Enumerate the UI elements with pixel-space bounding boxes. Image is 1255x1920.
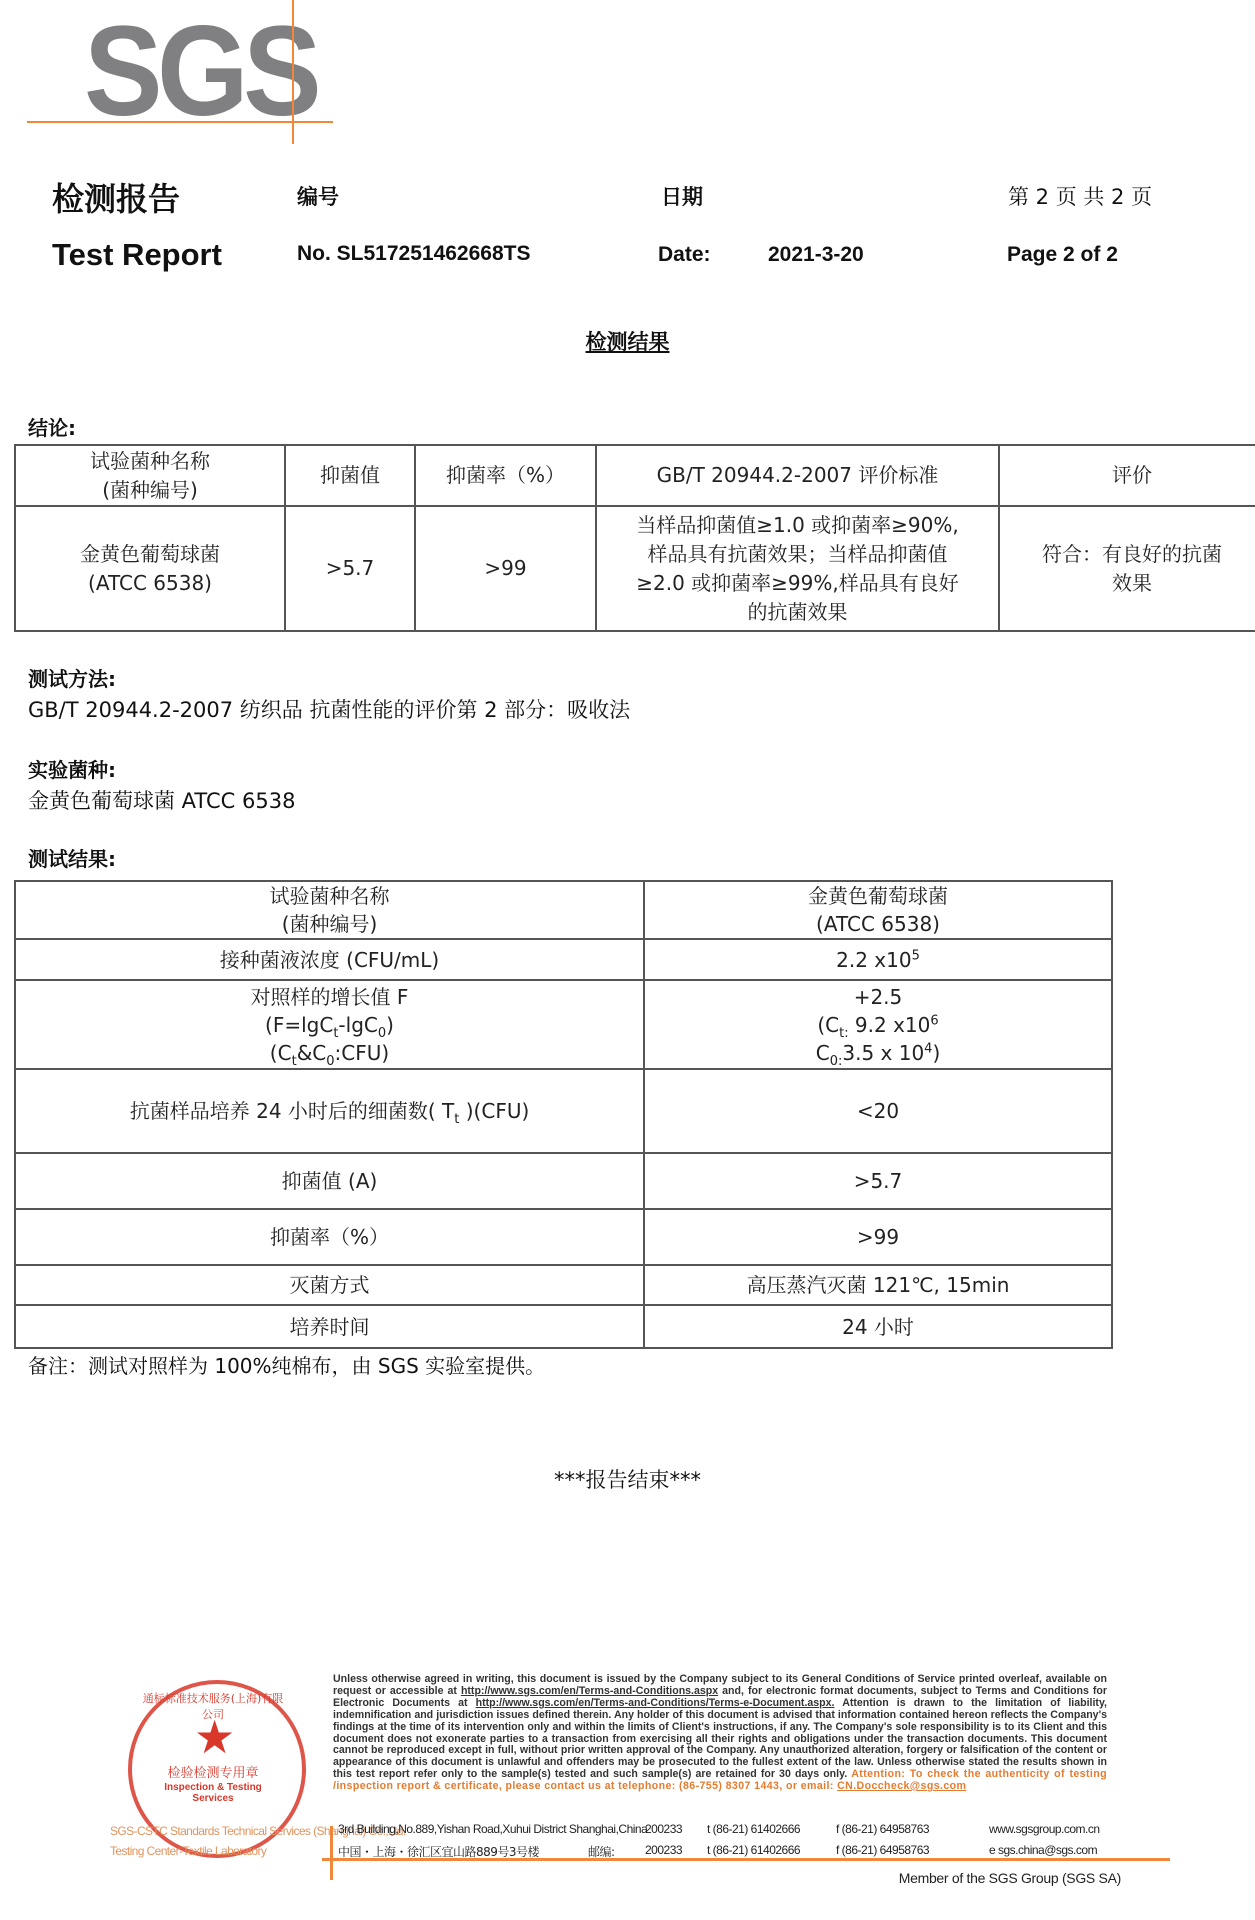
row-value: >5.7	[644, 1153, 1112, 1209]
header-evaluation: 评价	[999, 445, 1255, 506]
footer-horizontal-rule	[322, 1858, 1170, 1861]
telephone-cn: t (86-21) 61402666	[707, 1843, 800, 1857]
row-value: +2.5 (Ct: 9.2 x106 C0:3.5 x 104)	[644, 980, 1112, 1069]
header-strain: 试验菌种名称(菌种编号)	[15, 445, 285, 506]
inhibition-rate-cell: >99	[415, 506, 596, 631]
results-row: 培养时间 24 小时	[15, 1305, 1112, 1348]
report-number: No. SL517251462668TS	[297, 242, 530, 266]
report-title-cn: 检测报告	[52, 174, 180, 220]
page-indicator-cn: 第 2 页 共 2 页	[1008, 181, 1152, 211]
disclaimer-text: Unless otherwise agreed in writing, this…	[333, 1674, 1107, 1793]
member-statement: Member of the SGS Group (SGS SA)	[899, 1870, 1121, 1886]
results-row: 试验菌种名称(菌种编号) 金黄色葡萄球菌(ATCC 6538)	[15, 881, 1112, 939]
section-title: 检测结果	[0, 326, 1255, 356]
row-value: 高压蒸汽灭菌 121℃, 15min	[644, 1265, 1112, 1305]
row-name: 接种菌液浓度 (CFU/mL)	[15, 939, 644, 980]
logo-vertical-rule	[292, 0, 294, 144]
star-icon: ★	[194, 1714, 235, 1760]
stamp-center-cn: 检验检测专用章	[150, 1762, 276, 1781]
strain-cell: 金黄色葡萄球菌(ATCC 6538)	[15, 506, 285, 631]
row-value: 金黄色葡萄球菌(ATCC 6538)	[644, 881, 1112, 939]
page-indicator-en: Page 2 of 2	[1007, 243, 1118, 267]
date-label-cn: 日期	[661, 181, 703, 211]
note-text: 备注：测试对照样为 100%纯棉布，由 SGS 实验室提供。	[28, 1350, 545, 1379]
website-link[interactable]: www.sgsgroup.com.cn	[989, 1822, 1100, 1836]
report-title-en: Test Report	[52, 237, 222, 273]
fax-cn: f (86-21) 64958763	[836, 1843, 929, 1857]
row-value: 24 小时	[644, 1305, 1112, 1348]
row-name: 培养时间	[15, 1305, 644, 1348]
terms-link[interactable]: http://www.sgs.com/en/Terms-and-Conditio…	[461, 1685, 718, 1697]
inhibition-value-cell: >5.7	[285, 506, 415, 631]
results-row: 抑菌率（%） >99	[15, 1209, 1112, 1265]
strain-label: 实验菌种:	[28, 754, 116, 783]
row-value: 2.2 x105	[644, 939, 1112, 980]
row-name: 灭菌方式	[15, 1265, 644, 1305]
section-title-text: 检测结果	[586, 330, 670, 354]
row-name: 抑菌值 (A)	[15, 1153, 644, 1209]
address-en: 3rd Building,No.889,Yishan Road,Xuhui Di…	[338, 1822, 647, 1836]
stamp-center-en: Inspection & Testing Services	[150, 1782, 276, 1804]
fax: f (86-21) 64958763	[836, 1822, 929, 1836]
strain-text: 金黄色葡萄球菌 ATCC 6538	[28, 785, 295, 815]
date-label-en: Date:	[658, 243, 711, 267]
results-table: 试验菌种名称(菌种编号) 金黄色葡萄球菌(ATCC 6538) 接种菌液浓度 (…	[14, 880, 1113, 1349]
row-name: 抑菌率（%）	[15, 1209, 644, 1265]
row-name: 抗菌样品培养 24 小时后的细菌数( Tt )(CFU)	[15, 1069, 644, 1153]
conclusion-header-row: 试验菌种名称(菌种编号) 抑菌值 抑菌率（%） GB/T 20944.2-200…	[15, 445, 1255, 506]
method-text: GB/T 20944.2-2007 纺织品 抗菌性能的评价第 2 部分：吸收法	[28, 694, 630, 724]
sgs-logo: SGS	[84, 8, 316, 136]
conclusion-label: 结论:	[28, 412, 76, 441]
report-date: 2021-3-20	[768, 243, 864, 267]
lab-name: Testing Center-Textile Laboratory	[110, 1844, 266, 1858]
evaluation-cell: 符合：有良好的抗菌效果	[999, 506, 1255, 631]
footer-vertical-rule	[330, 1826, 333, 1880]
postcode-en: 200233	[645, 1822, 682, 1836]
results-row: 接种菌液浓度 (CFU/mL) 2.2 x105	[15, 939, 1112, 980]
conclusion-table: 试验菌种名称(菌种编号) 抑菌值 抑菌率（%） GB/T 20944.2-200…	[14, 444, 1255, 632]
header-rate: 抑菌率（%）	[415, 445, 596, 506]
end-of-report: ***报告结束***	[0, 1464, 1255, 1494]
doccheck-email-link[interactable]: CN.Doccheck@sgs.com	[837, 1780, 966, 1792]
row-name: 试验菌种名称(菌种编号)	[15, 881, 644, 939]
header-value: 抑菌值	[285, 445, 415, 506]
results-row: 灭菌方式 高压蒸汽灭菌 121℃, 15min	[15, 1265, 1112, 1305]
number-label-cn: 编号	[297, 181, 339, 211]
logo-horizontal-rule	[27, 121, 333, 123]
conclusion-row: 金黄色葡萄球菌(ATCC 6538) >5.7 >99 当样品抑菌值≥1.0 或…	[15, 506, 1255, 631]
row-value: <20	[644, 1069, 1112, 1153]
e-document-terms-link[interactable]: http://www.sgs.com/en/Terms-and-Conditio…	[476, 1697, 835, 1709]
email-link[interactable]: e sgs.china@sgs.com	[989, 1843, 1097, 1857]
standard-cell: 当样品抑菌值≥1.0 或抑菌率≥90%,样品具有抗菌效果；当样品抑菌值≥2.0 …	[596, 506, 999, 631]
results-row: 对照样的增长值 F (F=lgCt-lgC0) (Ct&C0:CFU) +2.5…	[15, 980, 1112, 1069]
postcode-cn: 200233	[645, 1843, 682, 1857]
header-standard: GB/T 20944.2-2007 评价标准	[596, 445, 999, 506]
row-value: >99	[644, 1209, 1112, 1265]
results-label: 测试结果:	[28, 843, 116, 872]
results-row: 抗菌样品培养 24 小时后的细菌数( Tt )(CFU) <20	[15, 1069, 1112, 1153]
method-label: 测试方法:	[28, 663, 116, 692]
results-row: 抑菌值 (A) >5.7	[15, 1153, 1112, 1209]
telephone: t (86-21) 61402666	[707, 1822, 800, 1836]
row-name: 对照样的增长值 F (F=lgCt-lgC0) (Ct&C0:CFU)	[15, 980, 644, 1069]
